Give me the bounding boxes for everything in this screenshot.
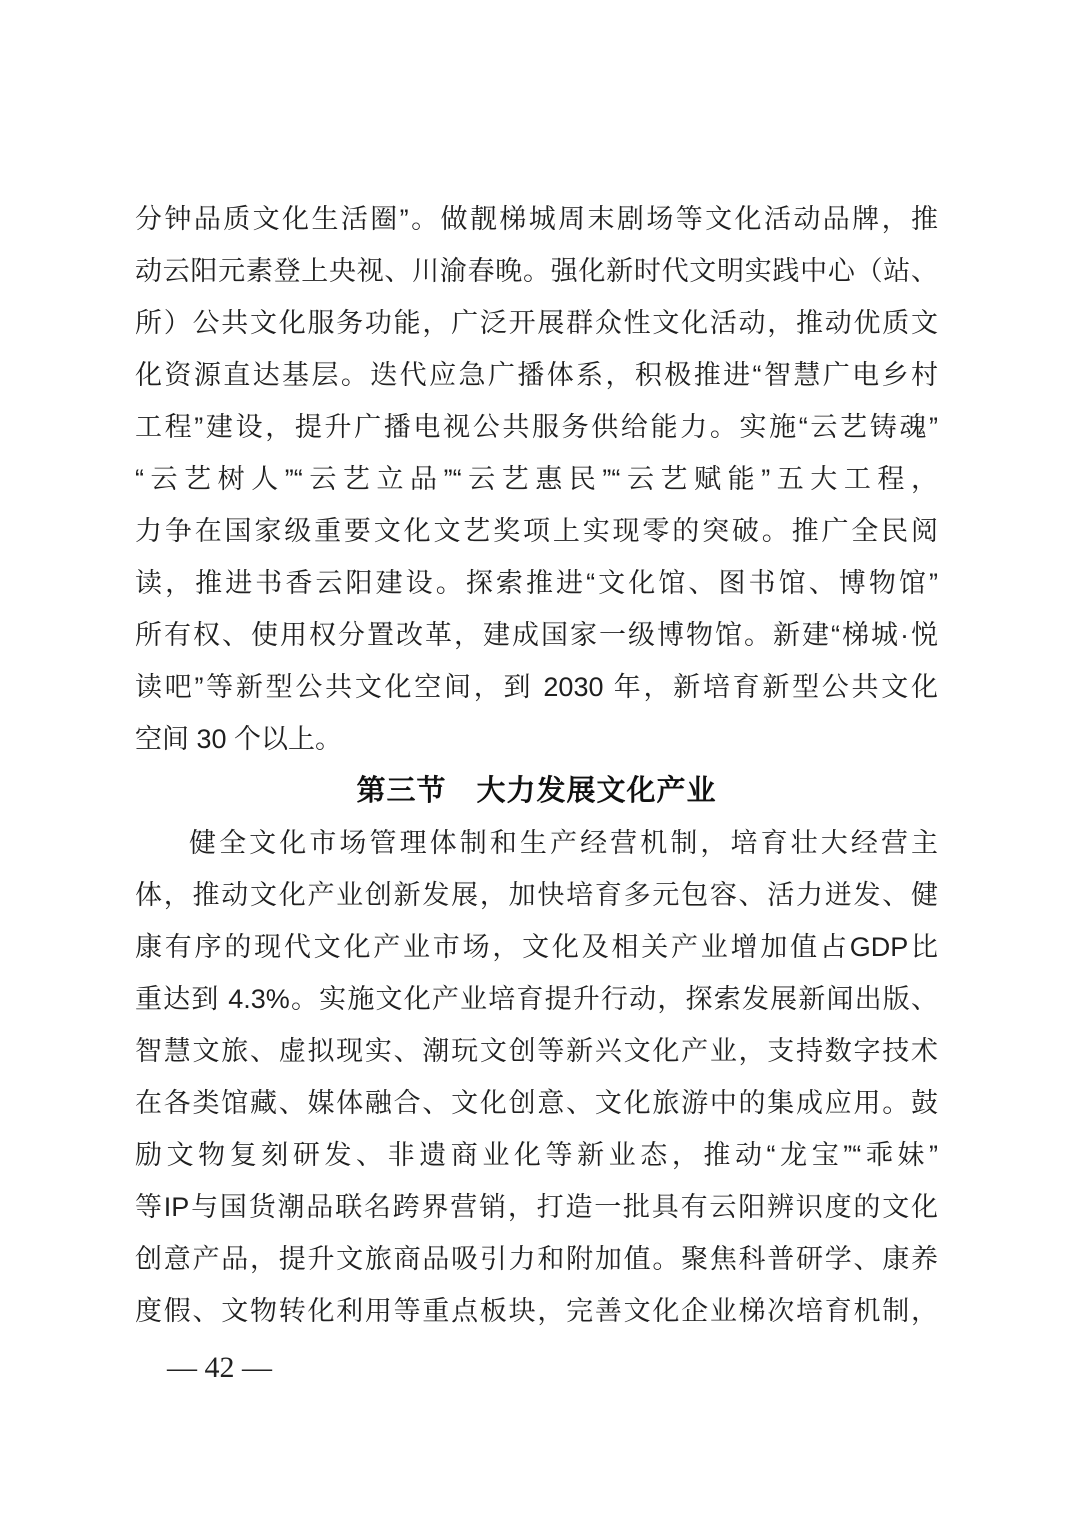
paragraph1-line: 化资源直达基层。迭代应急广播体系，积极推进“智慧广电乡村 [135,349,938,401]
paragraph2-line: 励文物复刻研发、非遗商业化等新业态，推动“龙宝”“乖妹” [135,1129,938,1181]
paragraph1-line: 力争在国家级重要文化文艺奖项上实现零的突破。推广全民阅 [135,505,938,557]
paragraph1-line: 分钟品质文化生活圈”。做靓梯城周末剧场等文化活动品牌，推 [135,193,938,245]
paragraph1-line: “云艺树人”“云艺立品”“云艺惠民”“云艺赋能”五大工程， [135,453,938,505]
paragraph2-line: 在各类馆藏、媒体融合、文化创意、文化旅游中的集成应用。鼓 [135,1077,938,1129]
paragraph2-line: 健全文化市场管理体制和生产经营机制，培育壮大经营主 [135,817,938,869]
page-body: 分钟品质文化生活圈”。做靓梯城周末剧场等文化活动品牌，推 动云阳元素登上央视、川… [135,193,938,1337]
paragraph1-line: 读吧”等新型公共文化空间，到 2030 年，新培育新型公共文化 [135,661,938,713]
paragraph2-line: 等IP与国货潮品联名跨界营销，打造一批具有云阳辨识度的文化 [135,1181,938,1233]
paragraph2-line: 重达到 4.3%。实施文化产业培育提升行动，探索发展新闻出版、 [135,973,938,1025]
paragraph1-last-line: 空间 30 个以上。 [135,713,938,765]
paragraph1-line: 所）公共文化服务功能，广泛开展群众性文化活动，推动优质文 [135,297,938,349]
paragraph2-line: 智慧文旅、虚拟现实、潮玩文创等新兴文化产业，支持数字技术 [135,1025,938,1077]
page-footer: — 42 — [167,1348,272,1388]
paragraph1-line: 工程”建设，提升广播电视公共服务供给能力。实施“云艺铸魂” [135,401,938,453]
paragraph2-line: 体，推动文化产业创新发展，加快培育多元包容、活力迸发、健 [135,869,938,921]
paragraph1-line: 所有权、使用权分置改革，建成国家一级博物馆。新建“梯城·悦 [135,609,938,661]
paragraph1-line: 动云阳元素登上央视、川渝春晚。强化新时代文明实践中心（站、 [135,245,938,297]
paragraph2-line: 创意产品，提升文旅商品吸引力和附加值。聚焦科普研学、康养 [135,1233,938,1285]
section-heading: 第三节 大力发展文化产业 [135,765,938,817]
page-number: — 42 — [167,1351,272,1384]
paragraph2-line: 康有序的现代文化产业市场，文化及相关产业增加值占GDP比 [135,921,938,973]
paragraph2-line: 度假、文物转化利用等重点板块，完善文化企业梯次培育机制， [135,1285,938,1337]
paragraph1-line: 读，推进书香云阳建设。探索推进“文化馆、图书馆、博物馆” [135,557,938,609]
document-page: 分钟品质文化生活圈”。做靓梯城周末剧场等文化活动品牌，推 动云阳元素登上央视、川… [0,0,1074,1520]
